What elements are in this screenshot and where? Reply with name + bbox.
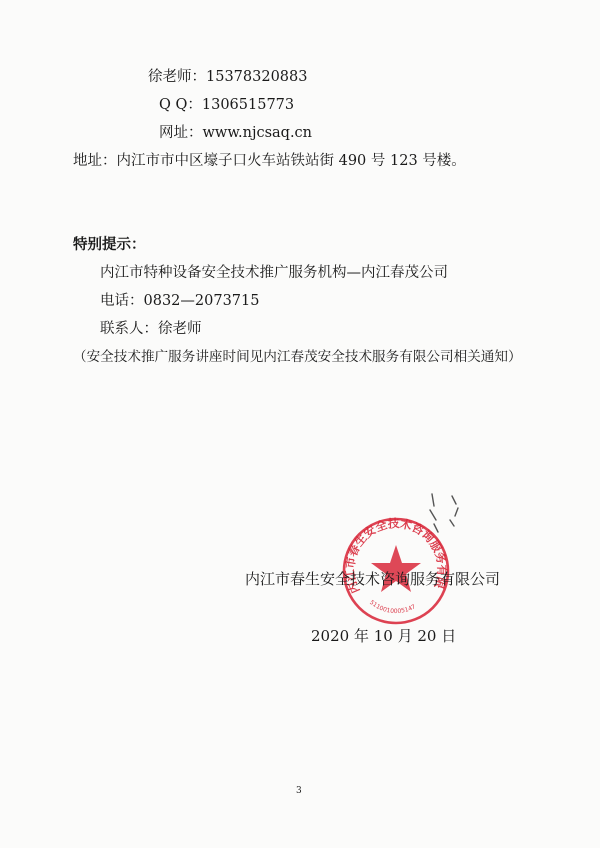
address: 地址：内江市市中区壕子口火车站铁站街 490 号 123 号楼。 <box>73 152 466 170</box>
notice-phone: 电话：0832—2073715 <box>100 292 259 310</box>
teacher-phone: 徐老师：15378320883 <box>148 68 307 86</box>
signature-date: 2020 年 10 月 20 日 <box>311 627 456 645</box>
notice-heading: 特别提示： <box>73 236 146 254</box>
page-number: 3 <box>296 786 302 796</box>
seal-code: 5110010005147 <box>368 599 417 615</box>
notice-org: 内江市特种设备安全技术推广服务机构—内江春茂公司 <box>100 264 448 282</box>
notice-contact: 联系人：徐老师 <box>100 320 202 338</box>
website: 网址：www.njcsaq.cn <box>159 124 312 142</box>
qq-number: Q Q：1306515773 <box>159 96 294 114</box>
signature-company: 内江市春生安全技术咨询服务有限公司 <box>245 570 500 588</box>
svg-text:5110010005147: 5110010005147 <box>368 599 417 615</box>
notice-note: （安全技术推广服务讲座时间见内江春茂安全技术服务有限公司相关通知） <box>73 348 522 366</box>
